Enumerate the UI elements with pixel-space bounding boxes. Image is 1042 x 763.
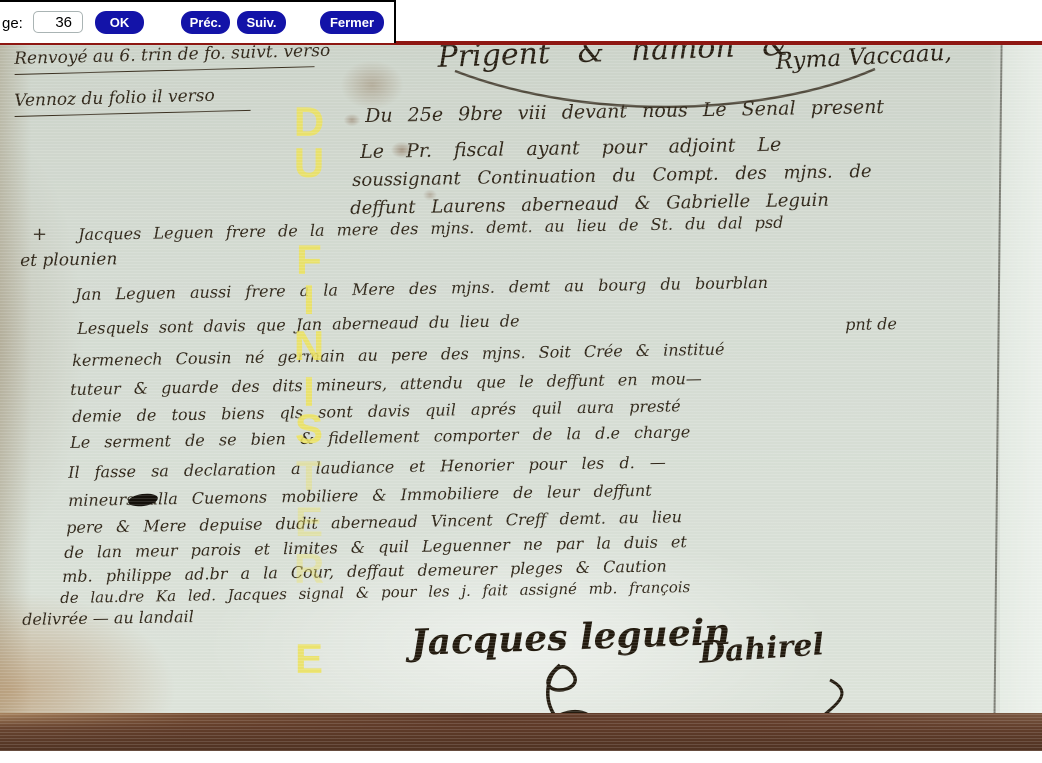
prev-button[interactable]: Préc. <box>181 11 230 34</box>
page-toolbar: ge: OK Préc. Suiv. Fermer <box>0 0 396 43</box>
watermark-letter: U <box>292 139 326 187</box>
manuscript-line: soussignant Continuation du Compt. des m… <box>352 162 872 192</box>
manuscript-line: delivrée — au landail <box>22 608 194 629</box>
viewer-window: D U F I N I S T E R E Renvoyé au 6. trin… <box>0 0 1042 763</box>
manuscript-line: kermenech Cousin né germain au pere des … <box>72 341 725 371</box>
manuscript-line: pnt de <box>845 315 897 334</box>
watermark-letter: E <box>292 635 326 683</box>
watermark-letter: E <box>292 498 326 546</box>
next-button[interactable]: Suiv. <box>237 11 286 34</box>
manuscript-line: Le Pr. fiscal ayant pour adjoint Le <box>360 135 782 164</box>
manuscript-line: Jan Leguen aussi frere a la Mere des mjn… <box>75 274 768 304</box>
signature: Dahirel <box>698 628 825 671</box>
margin-note: Vennoz du folio il verso <box>14 86 251 117</box>
manuscript-scan: D U F I N I S T E R E Renvoyé au 6. trin… <box>0 45 1042 763</box>
margin-note: Renvoyé au 6. trin de fo. suivt. verso <box>14 45 315 75</box>
watermark-letter: S <box>292 405 326 453</box>
watermark-letter: N <box>292 322 326 370</box>
book-edge <box>0 713 1042 751</box>
manuscript-line: tuteur & guarde des dits mineurs, attend… <box>70 370 702 399</box>
margin-cross-mark: + <box>32 225 47 246</box>
manuscript-line: Il fasse sa declaration a laudiance et H… <box>68 454 666 483</box>
watermark-letter: T <box>292 452 326 500</box>
manuscript-line: demie de tous biens qls sont davis quil … <box>72 397 681 426</box>
manuscript-line: Jacques Leguen frere de la mere des mjns… <box>78 214 784 245</box>
page-input[interactable] <box>33 11 83 33</box>
ok-button[interactable]: OK <box>95 11 144 34</box>
manuscript-line: Le serment de se bien & fidellement comp… <box>70 423 690 452</box>
close-button[interactable]: Fermer <box>320 11 384 34</box>
manuscript-line: et plounien <box>20 250 118 271</box>
page-label: ge: <box>2 15 23 32</box>
watermark-letter: R <box>292 545 326 593</box>
page-edge <box>1000 45 1042 715</box>
signature: Jacques leguein <box>410 612 731 665</box>
manuscript-line: Du 25e 9bre viii devant nous Le Senal pr… <box>365 97 884 128</box>
watermark-letter: I <box>292 276 326 324</box>
scan-margin <box>0 751 1042 763</box>
